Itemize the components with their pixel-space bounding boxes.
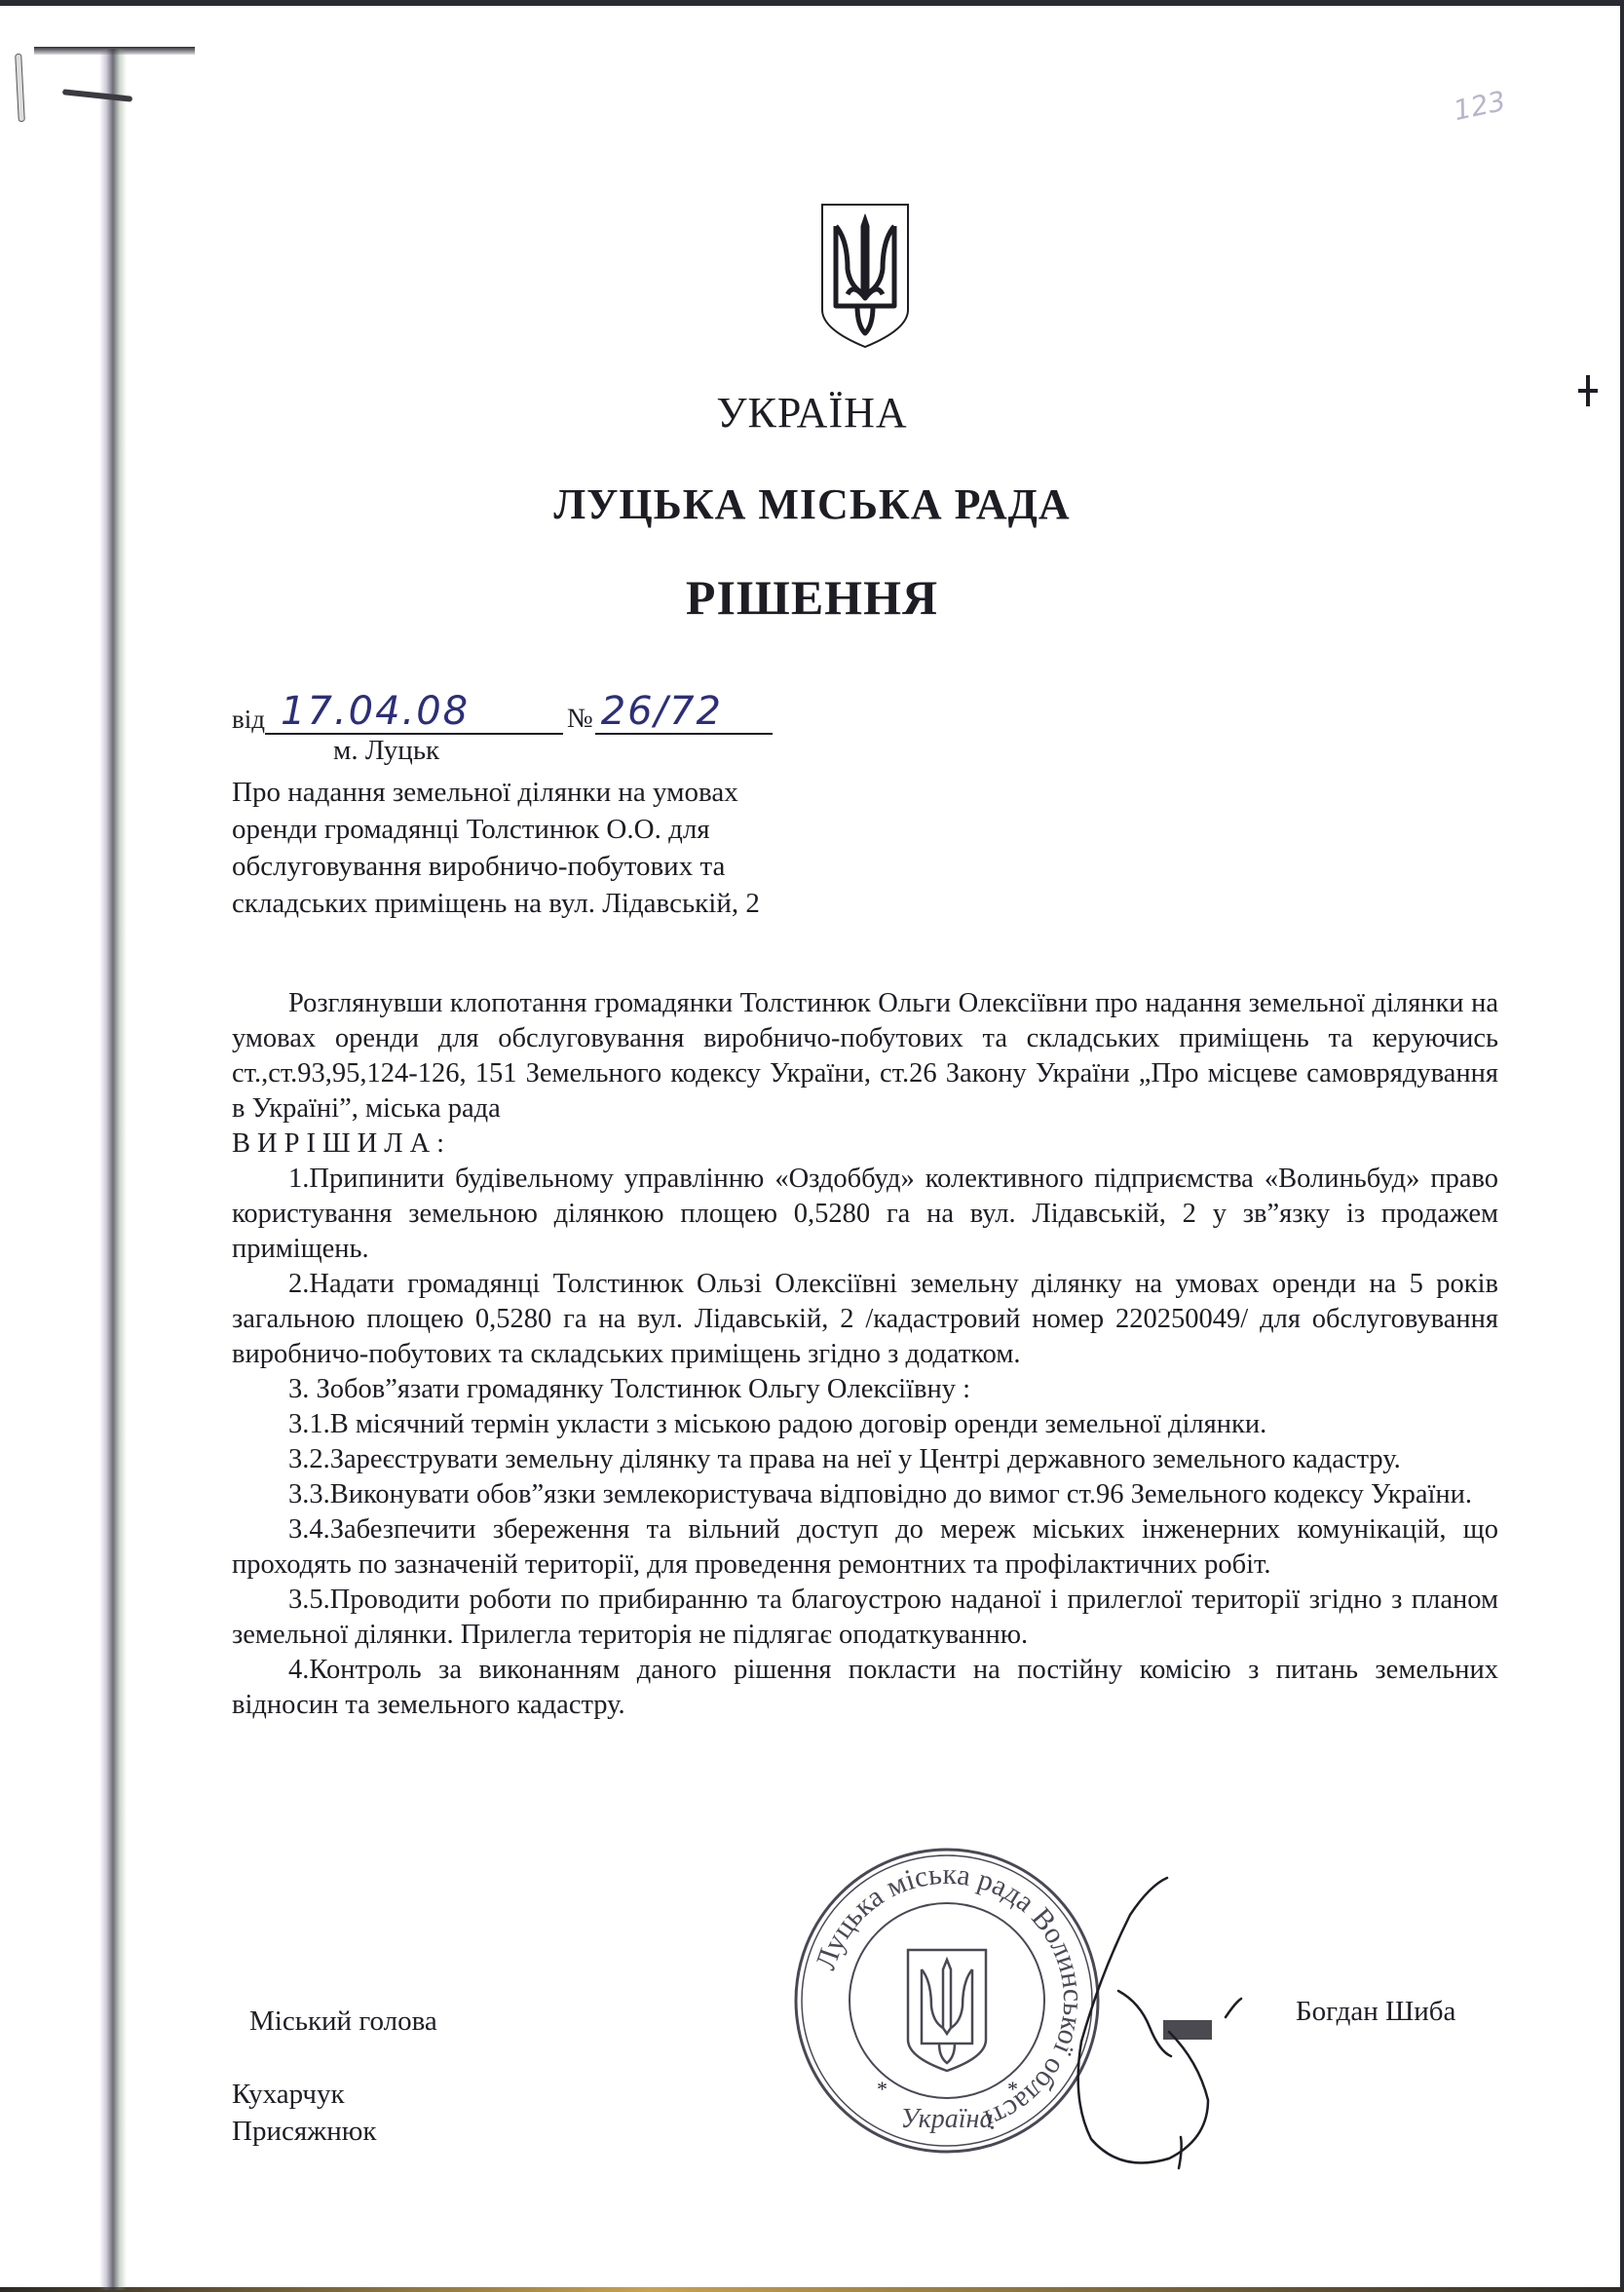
prepared-by: Кухарчук Присяжнюк <box>232 2076 376 2150</box>
page-number-handwritten: 123 <box>1451 85 1508 127</box>
subject-line: обслуговування виробничо-побутових та <box>232 848 914 885</box>
svg-text:*: * <box>877 2077 888 2101</box>
date-label: від <box>232 705 265 735</box>
document-title: РІШЕННЯ <box>0 569 1624 626</box>
scan-edge-bottom <box>0 2287 1624 2292</box>
number-value-handwritten: 26/72 <box>595 690 773 735</box>
binding-fold-line <box>99 49 127 2290</box>
number-label: № <box>567 704 593 735</box>
resolved-heading: ВИРІШИЛА: <box>232 1127 1498 1162</box>
header-council-name: ЛУЦЬКА МІСЬКА РАДА <box>0 479 1624 529</box>
stamp-bottom-text: Україна <box>901 2104 994 2134</box>
item-3-1: 3.1.В місячний термін укласти з міською … <box>232 1407 1498 1442</box>
handwritten-signature <box>1062 1856 1305 2178</box>
subject-line: оренди громадянці Толстинюк О.О. для <box>232 811 914 848</box>
item-2: 2.Надати громадянці Толстинюк Ользі Олек… <box>232 1267 1498 1372</box>
official-seal-stamp: Луцька міська рада Волинської області Ук… <box>791 1845 1103 2157</box>
item-3: 3. Зобов”язати громадянку Толстинюк Ольг… <box>232 1372 1498 1407</box>
item-1: 1.Припинити будівельному управлінню «Озд… <box>232 1162 1498 1267</box>
city: м. Луцьк <box>333 735 439 767</box>
decision-body: Розглянувши клопотання громадянки Толсти… <box>232 986 1498 1723</box>
subject-line: Про надання земельної ділянки на умовах <box>232 774 914 811</box>
stamp-ring-text: Луцька міська рада Волинської області <box>810 1858 1089 2136</box>
prepared-by-name: Кухарчук <box>232 2076 376 2113</box>
item-3-3: 3.3.Виконувати обов”язки землекористувач… <box>232 1477 1498 1512</box>
svg-text:*: * <box>1007 2077 1018 2101</box>
scan-edge-top <box>0 0 1624 6</box>
signatory-name: Богдан Шиба <box>1296 1996 1455 2028</box>
item-3-4: 3.4.Забезпечити збереження та вільний до… <box>232 1512 1498 1583</box>
header-country: УКРАЇНА <box>0 388 1624 438</box>
tryzub-coat-of-arms-icon <box>818 201 912 349</box>
svg-text:Луцька міська рада Волинської: Луцька міська рада Волинської області <box>810 1858 1089 2136</box>
decision-subject: Про надання земельної ділянки на умовах … <box>232 774 914 922</box>
date-value-handwritten: 17.04.08 <box>265 690 563 735</box>
date-number-row: від 17.04.08 № 26/72 <box>232 690 773 735</box>
stamp-tryzub-icon <box>908 1950 986 2071</box>
subject-line: складських приміщень на вул. Лідавській,… <box>232 885 914 922</box>
item-3-2: 3.2.Зареєструвати земельну ділянку та пр… <box>232 1442 1498 1477</box>
preamble: Розглянувши клопотання громадянки Толсти… <box>232 986 1498 1127</box>
prepared-by-name: Присяжнюк <box>232 2113 376 2150</box>
scan-edge-right <box>1620 0 1624 2292</box>
item-3-5: 3.5.Проводити роботи по прибиранню та бл… <box>232 1583 1498 1653</box>
signatory-role: Міський голова <box>249 2005 437 2038</box>
staple-icon <box>15 54 25 122</box>
item-4: 4.Контроль за виконанням даного рішення … <box>232 1653 1498 1723</box>
